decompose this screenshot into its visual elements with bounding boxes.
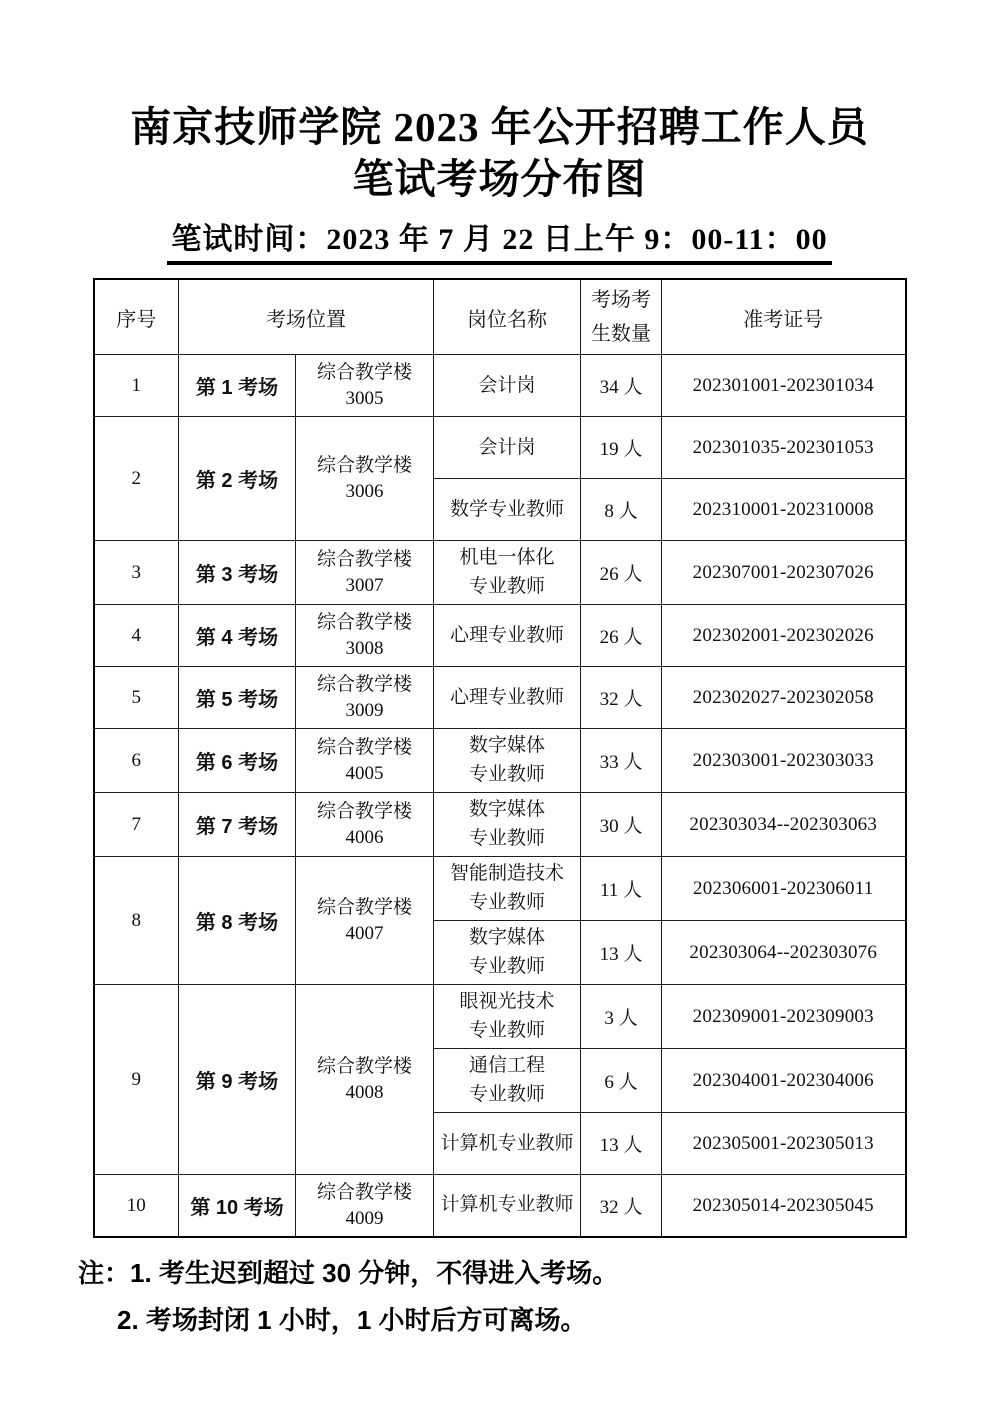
index-cell: 6	[94, 729, 179, 793]
position-cell: 数字媒体 专业教师	[434, 921, 581, 985]
tickets-cell: 202303001-202303033	[662, 729, 906, 793]
index-cell: 4	[94, 605, 179, 667]
header-index: 序号	[94, 279, 179, 355]
note-1: 注：1. 考生迟到超过 30 分钟，不得进入考场。	[78, 1250, 999, 1297]
note-prefix: 注：	[78, 1258, 130, 1288]
position-cell: 会计岗	[434, 417, 581, 479]
count-cell: 26 人	[581, 605, 662, 667]
table-row: 8第 8 考场综合教学楼4007智能制造技术 专业教师11 人202306001…	[94, 857, 906, 921]
room-number: 3009	[298, 698, 431, 724]
count-cell: 26 人	[581, 541, 662, 605]
exam-table-body: 1第 1 考场综合教学楼3005会计岗34 人202301001-2023010…	[94, 355, 906, 1237]
count-cell: 13 人	[581, 921, 662, 985]
notes: 注：1. 考生迟到超过 30 分钟，不得进入考场。 2. 考场封闭 1 小时，1…	[78, 1250, 999, 1344]
building-name: 综合教学楼	[298, 735, 431, 761]
count-cell: 34 人	[581, 355, 662, 417]
position-cell: 数学专业教师	[434, 479, 581, 541]
room-cell: 第 9 考场	[179, 985, 296, 1175]
table-row: 5第 5 考场综合教学楼3009心理专业教师32 人202302027-2023…	[94, 667, 906, 729]
tickets-cell: 202305014-202305045	[662, 1175, 906, 1237]
page-title-line1: 南京技师学院 2023 年公开招聘工作人员	[0, 102, 999, 154]
building-cell: 综合教学楼4005	[296, 729, 434, 793]
building-name: 综合教学楼	[298, 1180, 431, 1206]
room-cell: 第 6 考场	[179, 729, 296, 793]
exam-room-table: 序号 考场位置 岗位名称 考场考生数量 准考证号 1第 1 考场综合教学楼300…	[93, 278, 907, 1238]
building-name: 综合教学楼	[298, 1054, 431, 1080]
table-row: 3第 3 考场综合教学楼3007机电一体化 专业教师26 人202307001-…	[94, 541, 906, 605]
room-cell: 第 10 考场	[179, 1175, 296, 1237]
building-cell: 综合教学楼4008	[296, 985, 434, 1175]
tickets-cell: 202301001-202301034	[662, 355, 906, 417]
index-cell: 10	[94, 1175, 179, 1237]
table-row: 6第 6 考场综合教学楼4005数字媒体 专业教师33 人202303001-2…	[94, 729, 906, 793]
count-cell: 32 人	[581, 1175, 662, 1237]
position-cell: 通信工程 专业教师	[434, 1049, 581, 1113]
position-cell: 心理专业教师	[434, 605, 581, 667]
header-count: 考场考生数量	[581, 279, 662, 355]
count-cell: 6 人	[581, 1049, 662, 1113]
count-cell: 8 人	[581, 479, 662, 541]
count-cell: 11 人	[581, 857, 662, 921]
tickets-cell: 202304001-202304006	[662, 1049, 906, 1113]
building-name: 综合教学楼	[298, 610, 431, 636]
header-location: 考场位置	[179, 279, 434, 355]
page-title: 南京技师学院 2023 年公开招聘工作人员 笔试考场分布图	[0, 102, 999, 205]
index-cell: 1	[94, 355, 179, 417]
index-cell: 5	[94, 667, 179, 729]
room-cell: 第 2 考场	[179, 417, 296, 541]
position-cell: 会计岗	[434, 355, 581, 417]
tickets-cell: 202302027-202302058	[662, 667, 906, 729]
position-cell: 数字媒体 专业教师	[434, 729, 581, 793]
room-cell: 第 4 考场	[179, 605, 296, 667]
building-name: 综合教学楼	[298, 453, 431, 479]
tickets-cell: 202305001-202305013	[662, 1113, 906, 1175]
document-page: 南京技师学院 2023 年公开招聘工作人员 笔试考场分布图 笔试时间：2023 …	[0, 0, 999, 1343]
building-name: 综合教学楼	[298, 360, 431, 386]
position-cell: 眼视光技术 专业教师	[434, 985, 581, 1049]
tickets-cell: 202306001-202306011	[662, 857, 906, 921]
room-cell: 第 8 考场	[179, 857, 296, 985]
tickets-cell: 202307001-202307026	[662, 541, 906, 605]
building-cell: 综合教学楼4006	[296, 793, 434, 857]
position-cell: 机电一体化 专业教师	[434, 541, 581, 605]
subtitle-wrap: 笔试时间：2023 年 7 月 22 日上午 9：00-11：00	[0, 214, 999, 265]
header-ticket: 准考证号	[662, 279, 906, 355]
room-number: 4009	[298, 1206, 431, 1232]
note-1-text: 1. 考生迟到超过 30 分钟，不得进入考场。	[130, 1258, 618, 1288]
room-cell: 第 5 考场	[179, 667, 296, 729]
room-number: 4005	[298, 761, 431, 787]
room-number: 4008	[298, 1080, 431, 1106]
exam-table-head: 序号 考场位置 岗位名称 考场考生数量 准考证号	[94, 279, 906, 355]
header-position: 岗位名称	[434, 279, 581, 355]
index-cell: 3	[94, 541, 179, 605]
count-cell: 32 人	[581, 667, 662, 729]
index-cell: 8	[94, 857, 179, 985]
room-number: 4006	[298, 825, 431, 851]
table-row: 9第 9 考场综合教学楼4008眼视光技术 专业教师3 人202309001-2…	[94, 985, 906, 1049]
position-cell: 智能制造技术 专业教师	[434, 857, 581, 921]
tickets-cell: 202310001-202310008	[662, 479, 906, 541]
room-number: 3008	[298, 636, 431, 662]
table-row: 1第 1 考场综合教学楼3005会计岗34 人202301001-2023010…	[94, 355, 906, 417]
tickets-cell: 202309001-202309003	[662, 985, 906, 1049]
room-cell: 第 7 考场	[179, 793, 296, 857]
count-cell: 30 人	[581, 793, 662, 857]
building-cell: 综合教学楼3005	[296, 355, 434, 417]
building-cell: 综合教学楼4009	[296, 1175, 434, 1237]
count-cell: 3 人	[581, 985, 662, 1049]
building-cell: 综合教学楼3009	[296, 667, 434, 729]
index-cell: 7	[94, 793, 179, 857]
exam-time-subtitle: 笔试时间：2023 年 7 月 22 日上午 9：00-11：00	[167, 214, 831, 265]
index-cell: 2	[94, 417, 179, 541]
position-cell: 计算机专业教师	[434, 1113, 581, 1175]
count-cell: 13 人	[581, 1113, 662, 1175]
header-row: 序号 考场位置 岗位名称 考场考生数量 准考证号	[94, 279, 906, 355]
index-cell: 9	[94, 985, 179, 1175]
note-2: 2. 考场封闭 1 小时，1 小时后方可离场。	[78, 1297, 999, 1344]
table-row: 7第 7 考场综合教学楼4006数字媒体 专业教师30 人202303034--…	[94, 793, 906, 857]
building-cell: 综合教学楼3007	[296, 541, 434, 605]
room-number: 3007	[298, 573, 431, 599]
tickets-cell: 202303064--202303076	[662, 921, 906, 985]
room-number: 3005	[298, 386, 431, 412]
page-title-line2: 笔试考场分布图	[0, 154, 999, 206]
position-cell: 心理专业教师	[434, 667, 581, 729]
tickets-cell: 202303034--202303063	[662, 793, 906, 857]
count-cell: 33 人	[581, 729, 662, 793]
tickets-cell: 202301035-202301053	[662, 417, 906, 479]
building-cell: 综合教学楼3006	[296, 417, 434, 541]
table-row: 10第 10 考场综合教学楼4009计算机专业教师32 人202305014-2…	[94, 1175, 906, 1237]
building-name: 综合教学楼	[298, 799, 431, 825]
building-cell: 综合教学楼3008	[296, 605, 434, 667]
count-cell: 19 人	[581, 417, 662, 479]
building-cell: 综合教学楼4007	[296, 857, 434, 985]
room-number: 4007	[298, 921, 431, 947]
room-cell: 第 1 考场	[179, 355, 296, 417]
building-name: 综合教学楼	[298, 895, 431, 921]
room-cell: 第 3 考场	[179, 541, 296, 605]
position-cell: 数字媒体 专业教师	[434, 793, 581, 857]
table-row: 2第 2 考场综合教学楼3006会计岗19 人202301035-2023010…	[94, 417, 906, 479]
position-cell: 计算机专业教师	[434, 1175, 581, 1237]
table-row: 4第 4 考场综合教学楼3008心理专业教师26 人202302001-2023…	[94, 605, 906, 667]
room-number: 3006	[298, 479, 431, 505]
building-name: 综合教学楼	[298, 547, 431, 573]
tickets-cell: 202302001-202302026	[662, 605, 906, 667]
building-name: 综合教学楼	[298, 672, 431, 698]
